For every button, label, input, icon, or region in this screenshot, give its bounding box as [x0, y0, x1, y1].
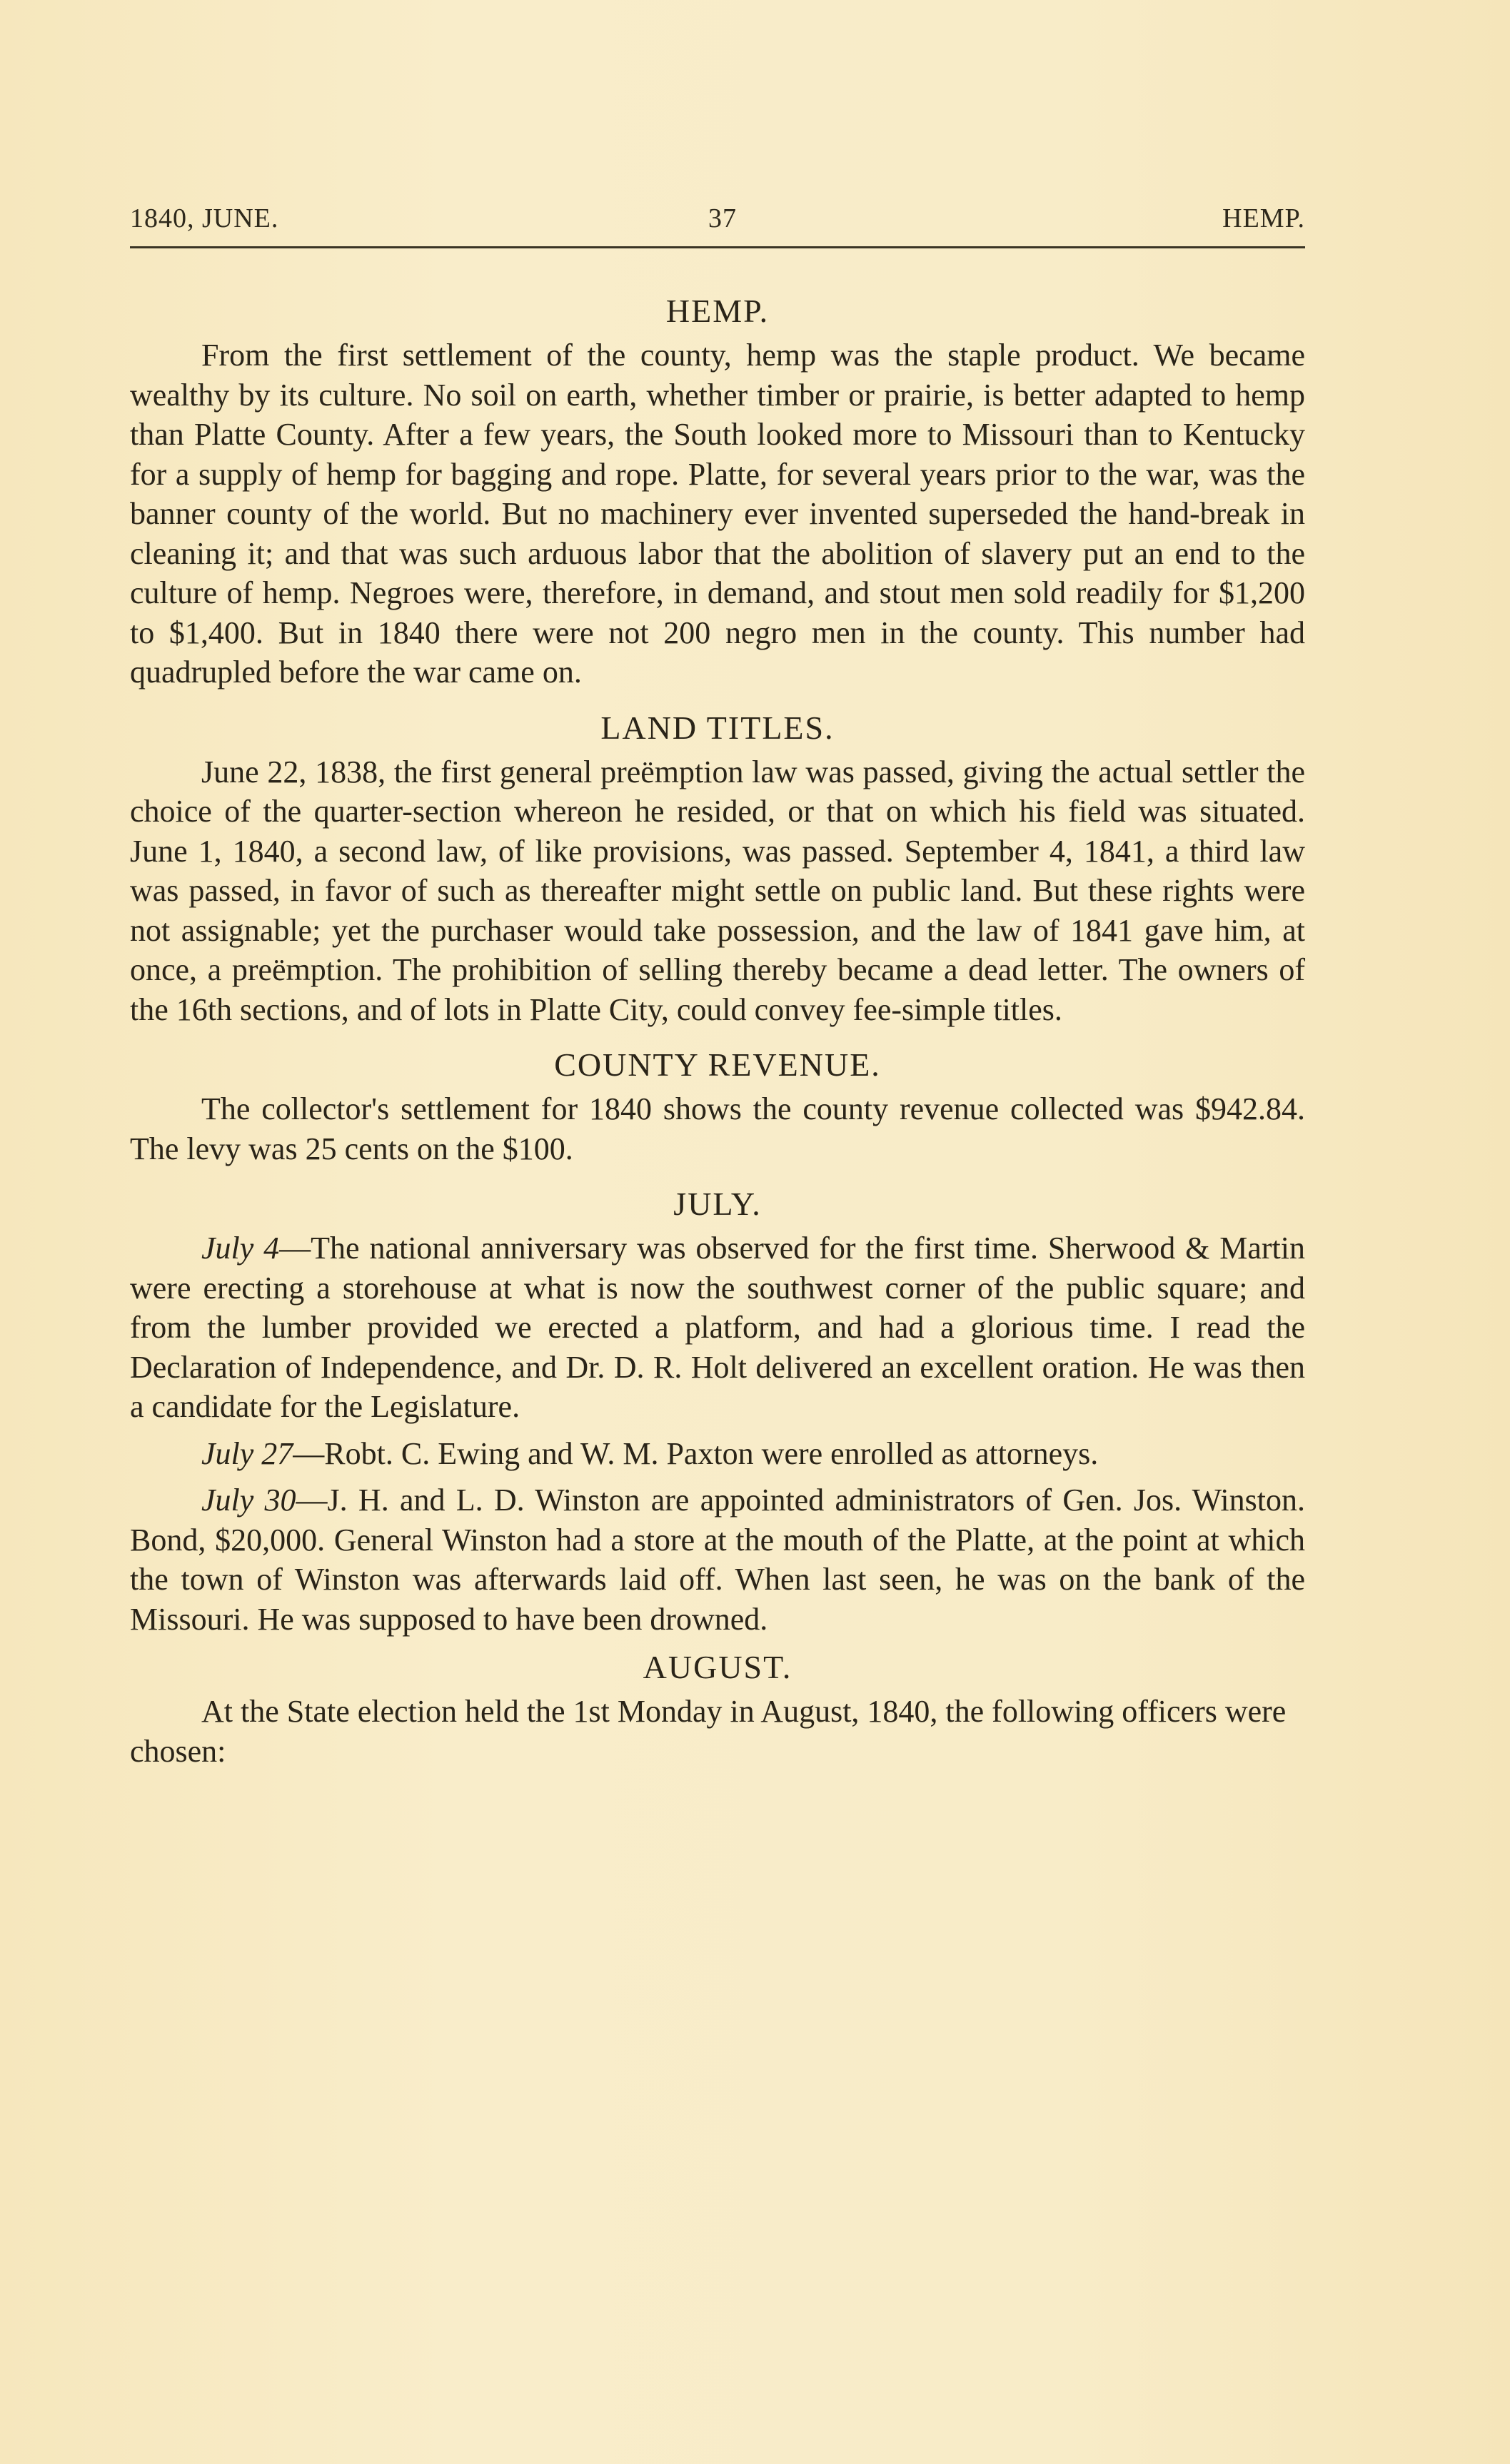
dated-entry: July 27—Robt. C. Ewing and W. M. Paxton …	[130, 1434, 1305, 1474]
entry-date: July 4	[201, 1231, 279, 1266]
section-title: LAND TITLES.	[130, 708, 1305, 748]
section-title: JULY.	[130, 1184, 1305, 1224]
page-number: 37	[708, 203, 737, 234]
running-head: 1840, JUNE. 37 HEMP.	[130, 203, 1305, 246]
header-rule	[130, 246, 1305, 248]
section-title: COUNTY REVENUE.	[130, 1045, 1305, 1085]
section-august: AUGUST. At the State election held the 1…	[130, 1647, 1305, 1771]
page-body: HEMP. From the first settlement of the c…	[130, 291, 1305, 1771]
paragraph: From the first settlement of the county,…	[130, 335, 1305, 692]
paragraph: At the State election held the 1st Monda…	[130, 1692, 1305, 1771]
section-land-titles: LAND TITLES. June 22, 1838, the first ge…	[130, 708, 1305, 1030]
paragraph: June 22, 1838, the first general preëmpt…	[130, 752, 1305, 1030]
entry-text: —The national anniversary was observed f…	[130, 1231, 1305, 1424]
section-title: AUGUST.	[130, 1647, 1305, 1687]
section-county-revenue: COUNTY REVENUE. The collector's settleme…	[130, 1045, 1305, 1168]
running-head-date: 1840, JUNE.	[130, 203, 278, 234]
running-head-topic: HEMP.	[1222, 203, 1305, 234]
section-hemp: HEMP. From the first settlement of the c…	[130, 291, 1305, 692]
entry-text: —Robt. C. Ewing and W. M. Paxton were en…	[293, 1436, 1098, 1471]
entry-date: July 30	[201, 1483, 296, 1518]
dated-entry: July 4—The national anniversary was obse…	[130, 1228, 1305, 1427]
section-july: JULY. July 4—The national anniversary wa…	[130, 1184, 1305, 1639]
entry-text: —J. H. and L. D. Winston are appointed a…	[130, 1483, 1305, 1637]
section-title: HEMP.	[130, 291, 1305, 331]
entry-date: July 27	[201, 1436, 293, 1471]
paragraph: The collector's settlement for 1840 show…	[130, 1089, 1305, 1168]
dated-entry: July 30—J. H. and L. D. Winston are appo…	[130, 1480, 1305, 1639]
